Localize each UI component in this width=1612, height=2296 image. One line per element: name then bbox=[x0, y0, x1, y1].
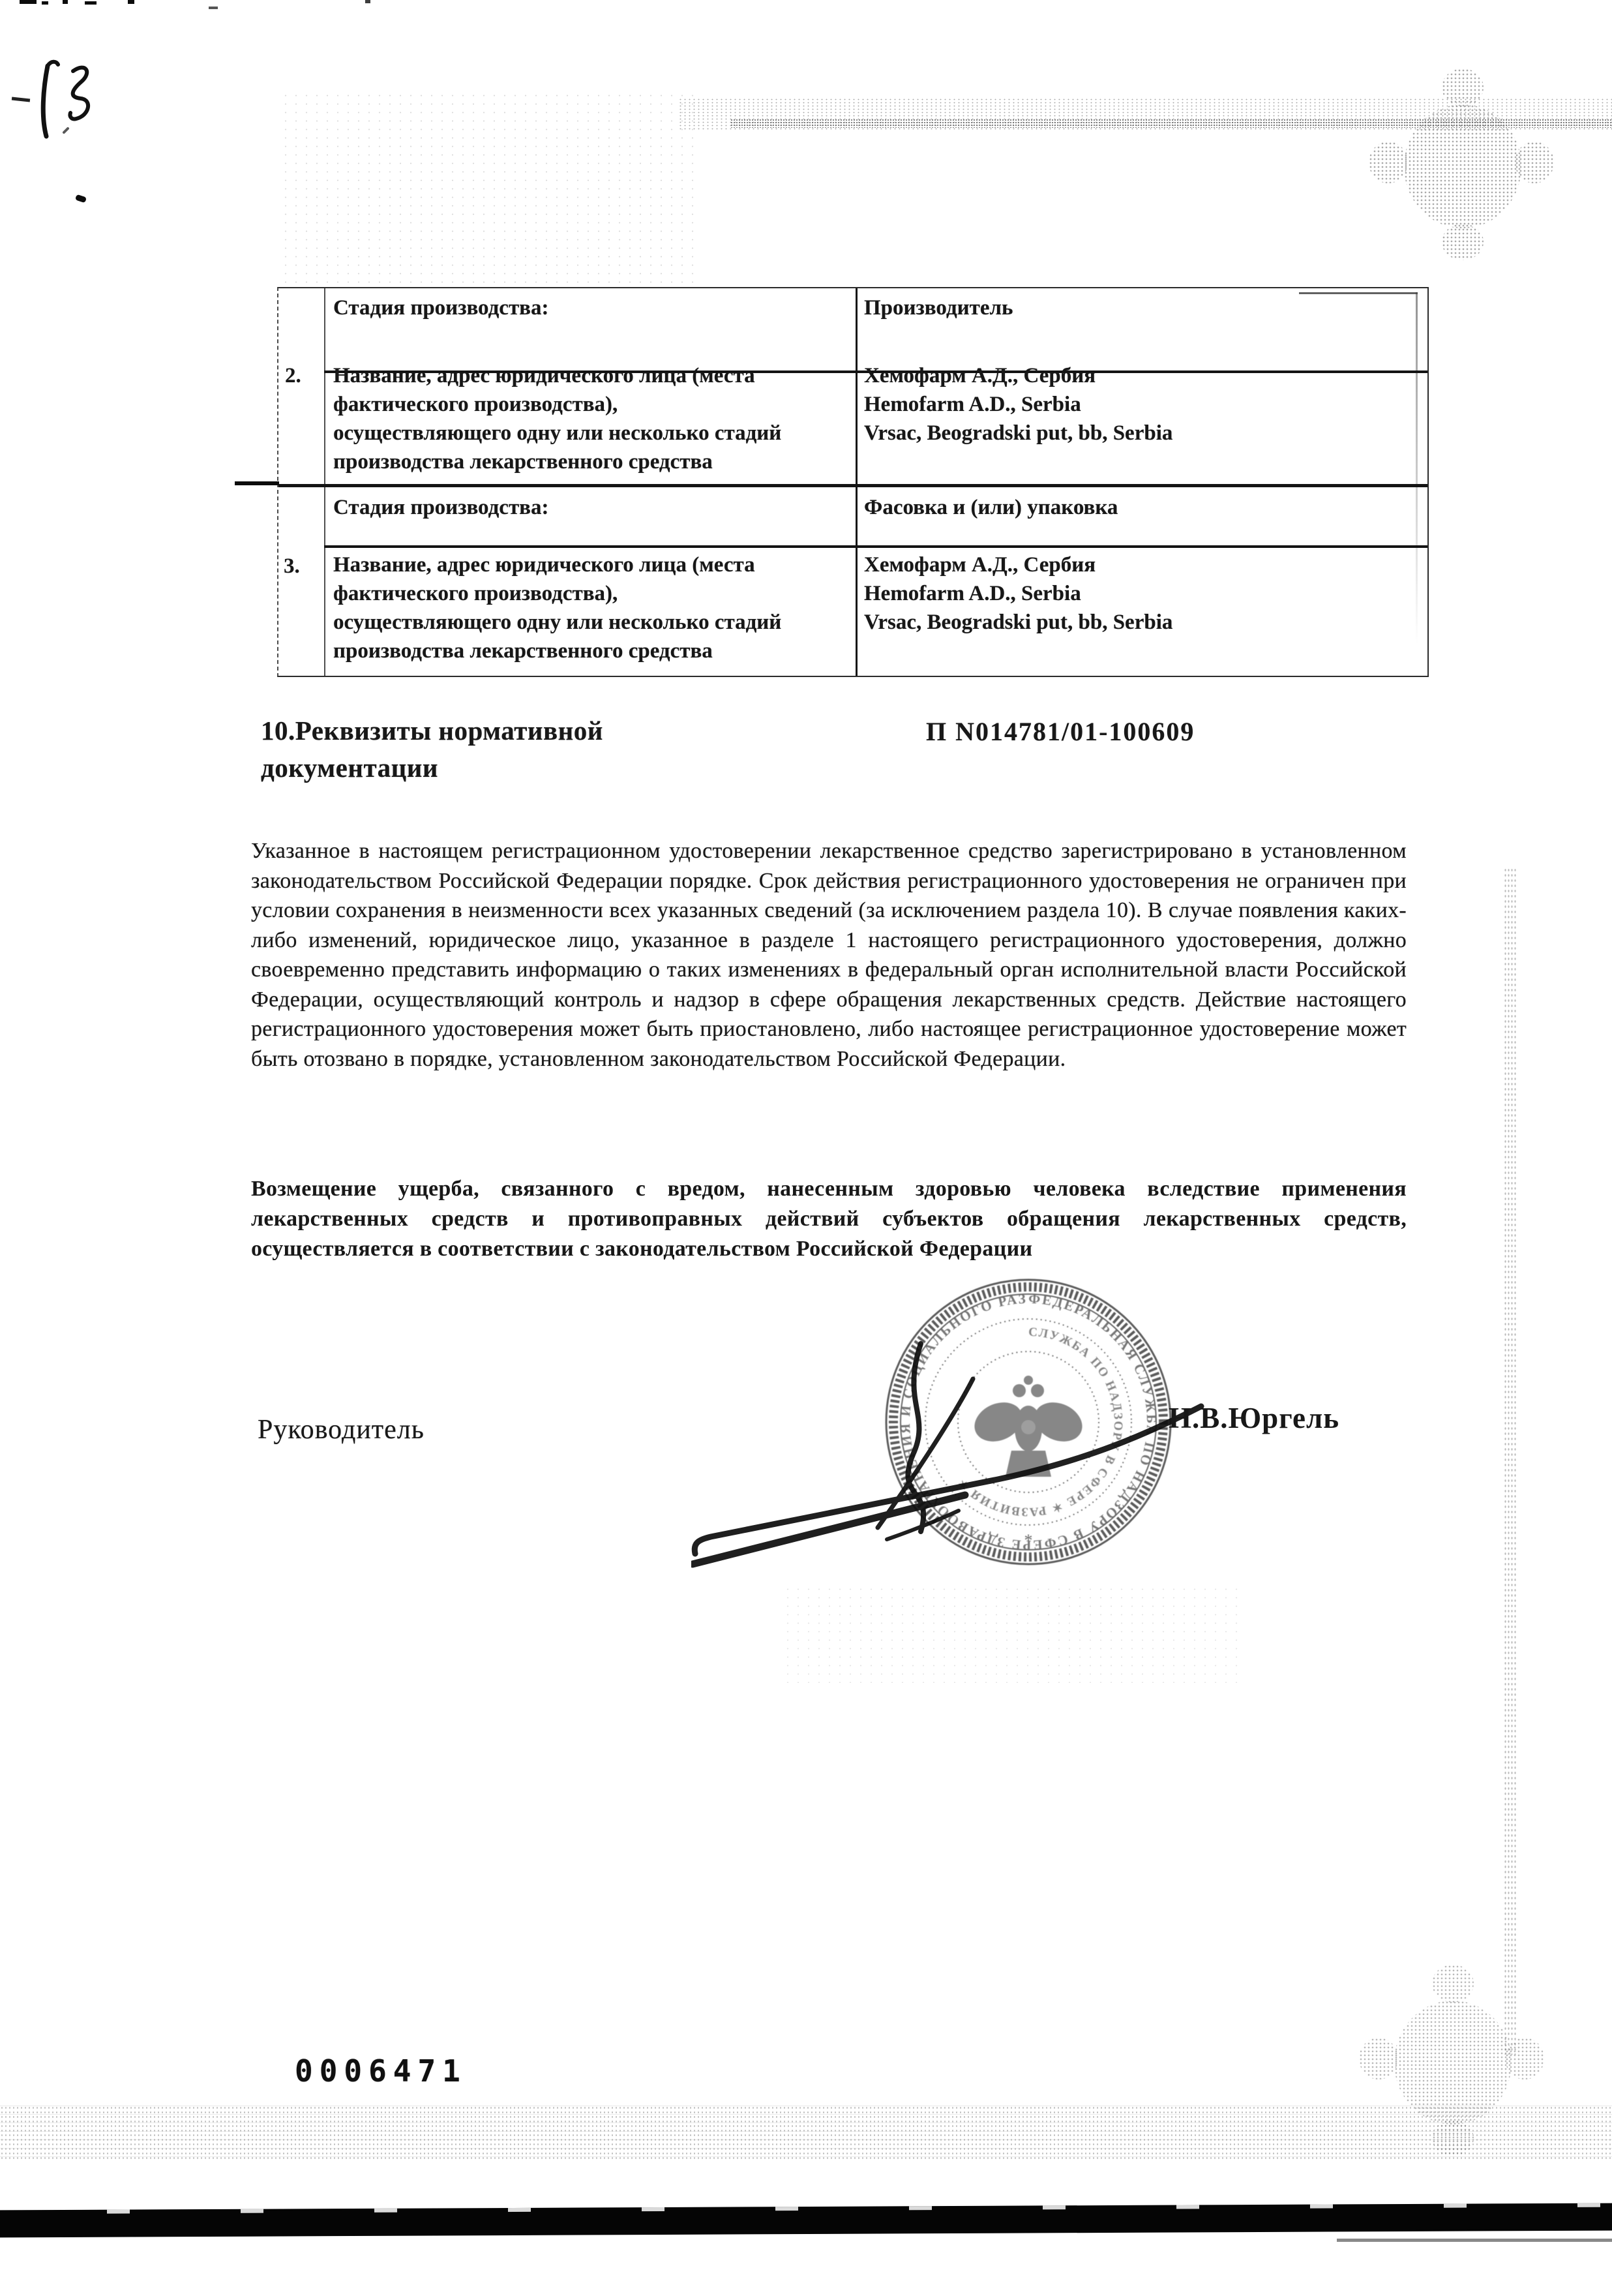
ink-blot bbox=[75, 194, 87, 204]
scan-noise-band bbox=[1504, 868, 1517, 2055]
form-serial-number: 0006471 bbox=[295, 2053, 467, 2089]
scan-artifact bbox=[209, 7, 218, 9]
table-grid-line bbox=[324, 288, 325, 676]
signatory-role-label: Руководитель bbox=[258, 1414, 425, 1445]
scanned-certificate-page: Стадия производства: Производитель 2. На… bbox=[0, 0, 1612, 2296]
table-cell-manufacturer-value: Хемофарм А.Д., Сербия Hemofarm A.D., Ser… bbox=[864, 361, 1418, 447]
scan-artifact bbox=[365, 0, 370, 3]
table-cell-stage-value: Производитель bbox=[864, 294, 1418, 322]
scan-speckle bbox=[280, 91, 698, 287]
table-cell-legal-entity-label: Название, адрес юридического лица (места… bbox=[333, 551, 848, 665]
signature-strokes bbox=[691, 1324, 1252, 1585]
table-row-number: 2. bbox=[285, 361, 301, 390]
table-line-overshoot bbox=[235, 481, 279, 485]
scan-artifact bbox=[42, 1, 48, 5]
section-10-heading: 10.Реквизиты нормативной документации bbox=[261, 712, 603, 787]
scan-artifact bbox=[63, 0, 68, 4]
liability-paragraph: Возмещение ущерба, связанного с вредом, … bbox=[251, 1174, 1407, 1264]
table-cell-legal-entity-label: Название, адрес юридического лица (места… bbox=[333, 361, 848, 476]
table-grid-line bbox=[856, 288, 858, 676]
watermark-rosette bbox=[1365, 68, 1560, 264]
scan-speckle bbox=[783, 1585, 1239, 1683]
registration-number: П N014781/01-100609 bbox=[926, 716, 1195, 747]
table-row-number: 3. bbox=[284, 552, 300, 581]
table-cell-manufacturer-value: Хемофарм А.Д., Сербия Hemofarm A.D., Ser… bbox=[864, 551, 1418, 637]
scan-artifact bbox=[20, 0, 37, 4]
table-grid-line bbox=[278, 484, 1427, 487]
table-cell-stage-value: Фасовка и (или) упаковка bbox=[864, 493, 1418, 522]
manufacturer-table: Стадия производства: Производитель 2. На… bbox=[277, 287, 1429, 677]
scan-artifact bbox=[85, 1, 97, 5]
scan-artifact bbox=[1337, 2239, 1612, 2242]
handwritten-mark bbox=[18, 55, 116, 153]
table-cell-stage-label: Стадия производства: bbox=[333, 493, 842, 522]
signatory-name: Н.В.Юргель bbox=[1169, 1401, 1339, 1435]
scanner-black-bar bbox=[0, 2203, 1612, 2238]
scan-noise-band bbox=[0, 2106, 1612, 2162]
table-cell-stage-label: Стадия производства: bbox=[333, 294, 842, 322]
table-grid-line bbox=[324, 545, 1427, 548]
legal-paragraph: Указанное в настоящем регистрационном уд… bbox=[251, 836, 1407, 1074]
scan-artifact bbox=[128, 0, 134, 4]
